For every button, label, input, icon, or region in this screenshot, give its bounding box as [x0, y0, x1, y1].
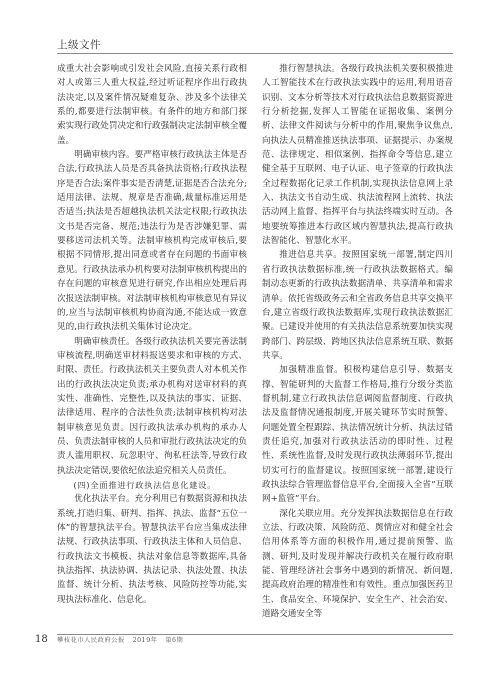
section-title: 上级文件 [57, 39, 101, 52]
subheading: (四)全面推进行政执法信息化建设。 [57, 478, 247, 492]
page-number: 18 [35, 634, 48, 646]
publication-issue: 第6期 [165, 637, 183, 644]
page-footer: 18 攀枝花市人民政府公报 2019年 第6期 [35, 634, 453, 646]
paragraph: 推进信息共享。按照国家统一部署,制定四川省行政执法数据标准,统一行政执法数据格式… [262, 248, 453, 363]
paragraph: 明确审核责任。各级行政执法机关要完善法制审核流程,明确送审材料报送要求和审核的方… [57, 335, 247, 478]
paragraph: 深化关联应用。充分发挥执法数据信息在行政立法、行政决策、风险防范、舆情应对和健全… [262, 507, 453, 622]
paragraph: 成重大社会影响或引发社会风险,直接关系行政相对人或第三人重大权益,经过听证程序作… [57, 62, 247, 148]
footer-publication: 攀枝花市人民政府公报 2019年 第6期 [57, 636, 183, 646]
footer-divider [57, 634, 453, 635]
paragraph: 优化执法平台。充分利用已有数据资源和执法系统,打造归集、研判、指挥、执法、监督“… [57, 492, 247, 607]
paragraph: 推行智慧执法。各级行政执法机关要积极推进人工智能技术在行政执法实践中的运用,利用… [262, 62, 453, 248]
left-column: 成重大社会影响或引发社会风险,直接关系行政相对人或第三人重大权益,经过听证程序作… [57, 62, 247, 607]
paragraph: 明确审核内容。要严格审核行政执法主体是否合法,行政执法人员是否具备执法资格;行政… [57, 148, 247, 334]
publication-year: 2019年 [133, 637, 158, 644]
paragraph: 加强精准监督。积极构建信息引导、数据支撑、智能研判的大监督工作格局,推行分级分类… [262, 363, 453, 506]
page-header: 上级文件 [57, 39, 453, 54]
right-column: 推行智慧执法。各级行政执法机关要积极推进人工智能技术在行政执法实践中的运用,利用… [262, 62, 453, 621]
publication-name: 攀枝花市人民政府公报 [57, 637, 125, 644]
